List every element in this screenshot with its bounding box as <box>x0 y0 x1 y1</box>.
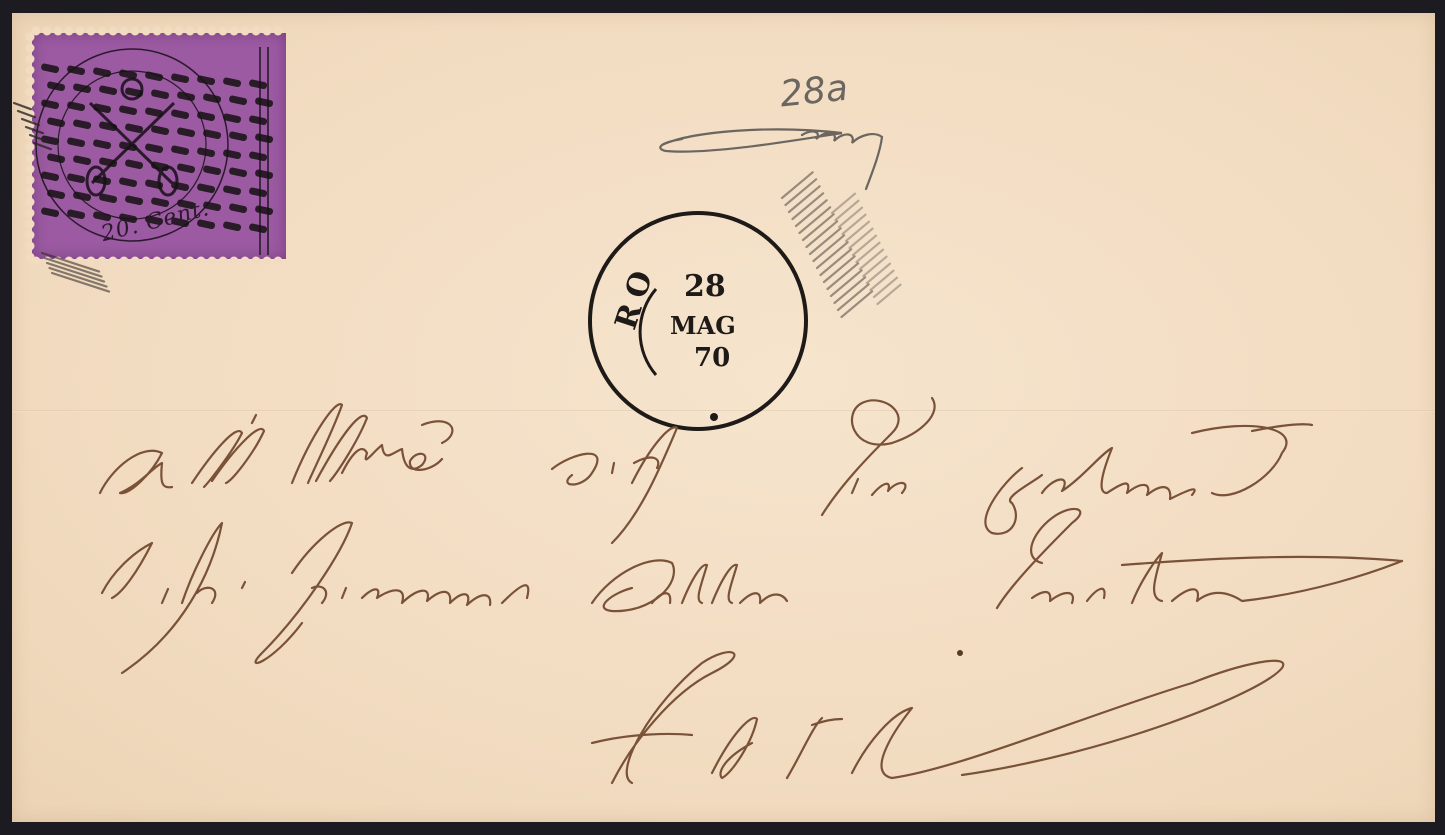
pencil-signature <box>652 63 932 193</box>
address-line-3: Cori <box>612 663 733 728</box>
address-line-2: Sig. Giacomo Della Porta <box>102 533 812 598</box>
date-postmark: RO 28 MAG 70 <box>584 207 824 447</box>
pencil-notation: 28a <box>652 63 932 193</box>
postmark-day: 28 <box>684 269 726 304</box>
postmark-year: 70 <box>694 343 730 373</box>
postmark-month: MAG <box>670 311 736 340</box>
postal-cover: 20. Cent. 28a RO 28 MAG 70 All'Illmo Sig… <box>12 13 1435 822</box>
address-line-1: All'Illmo Sig. Pre Ectmo <box>102 433 781 498</box>
